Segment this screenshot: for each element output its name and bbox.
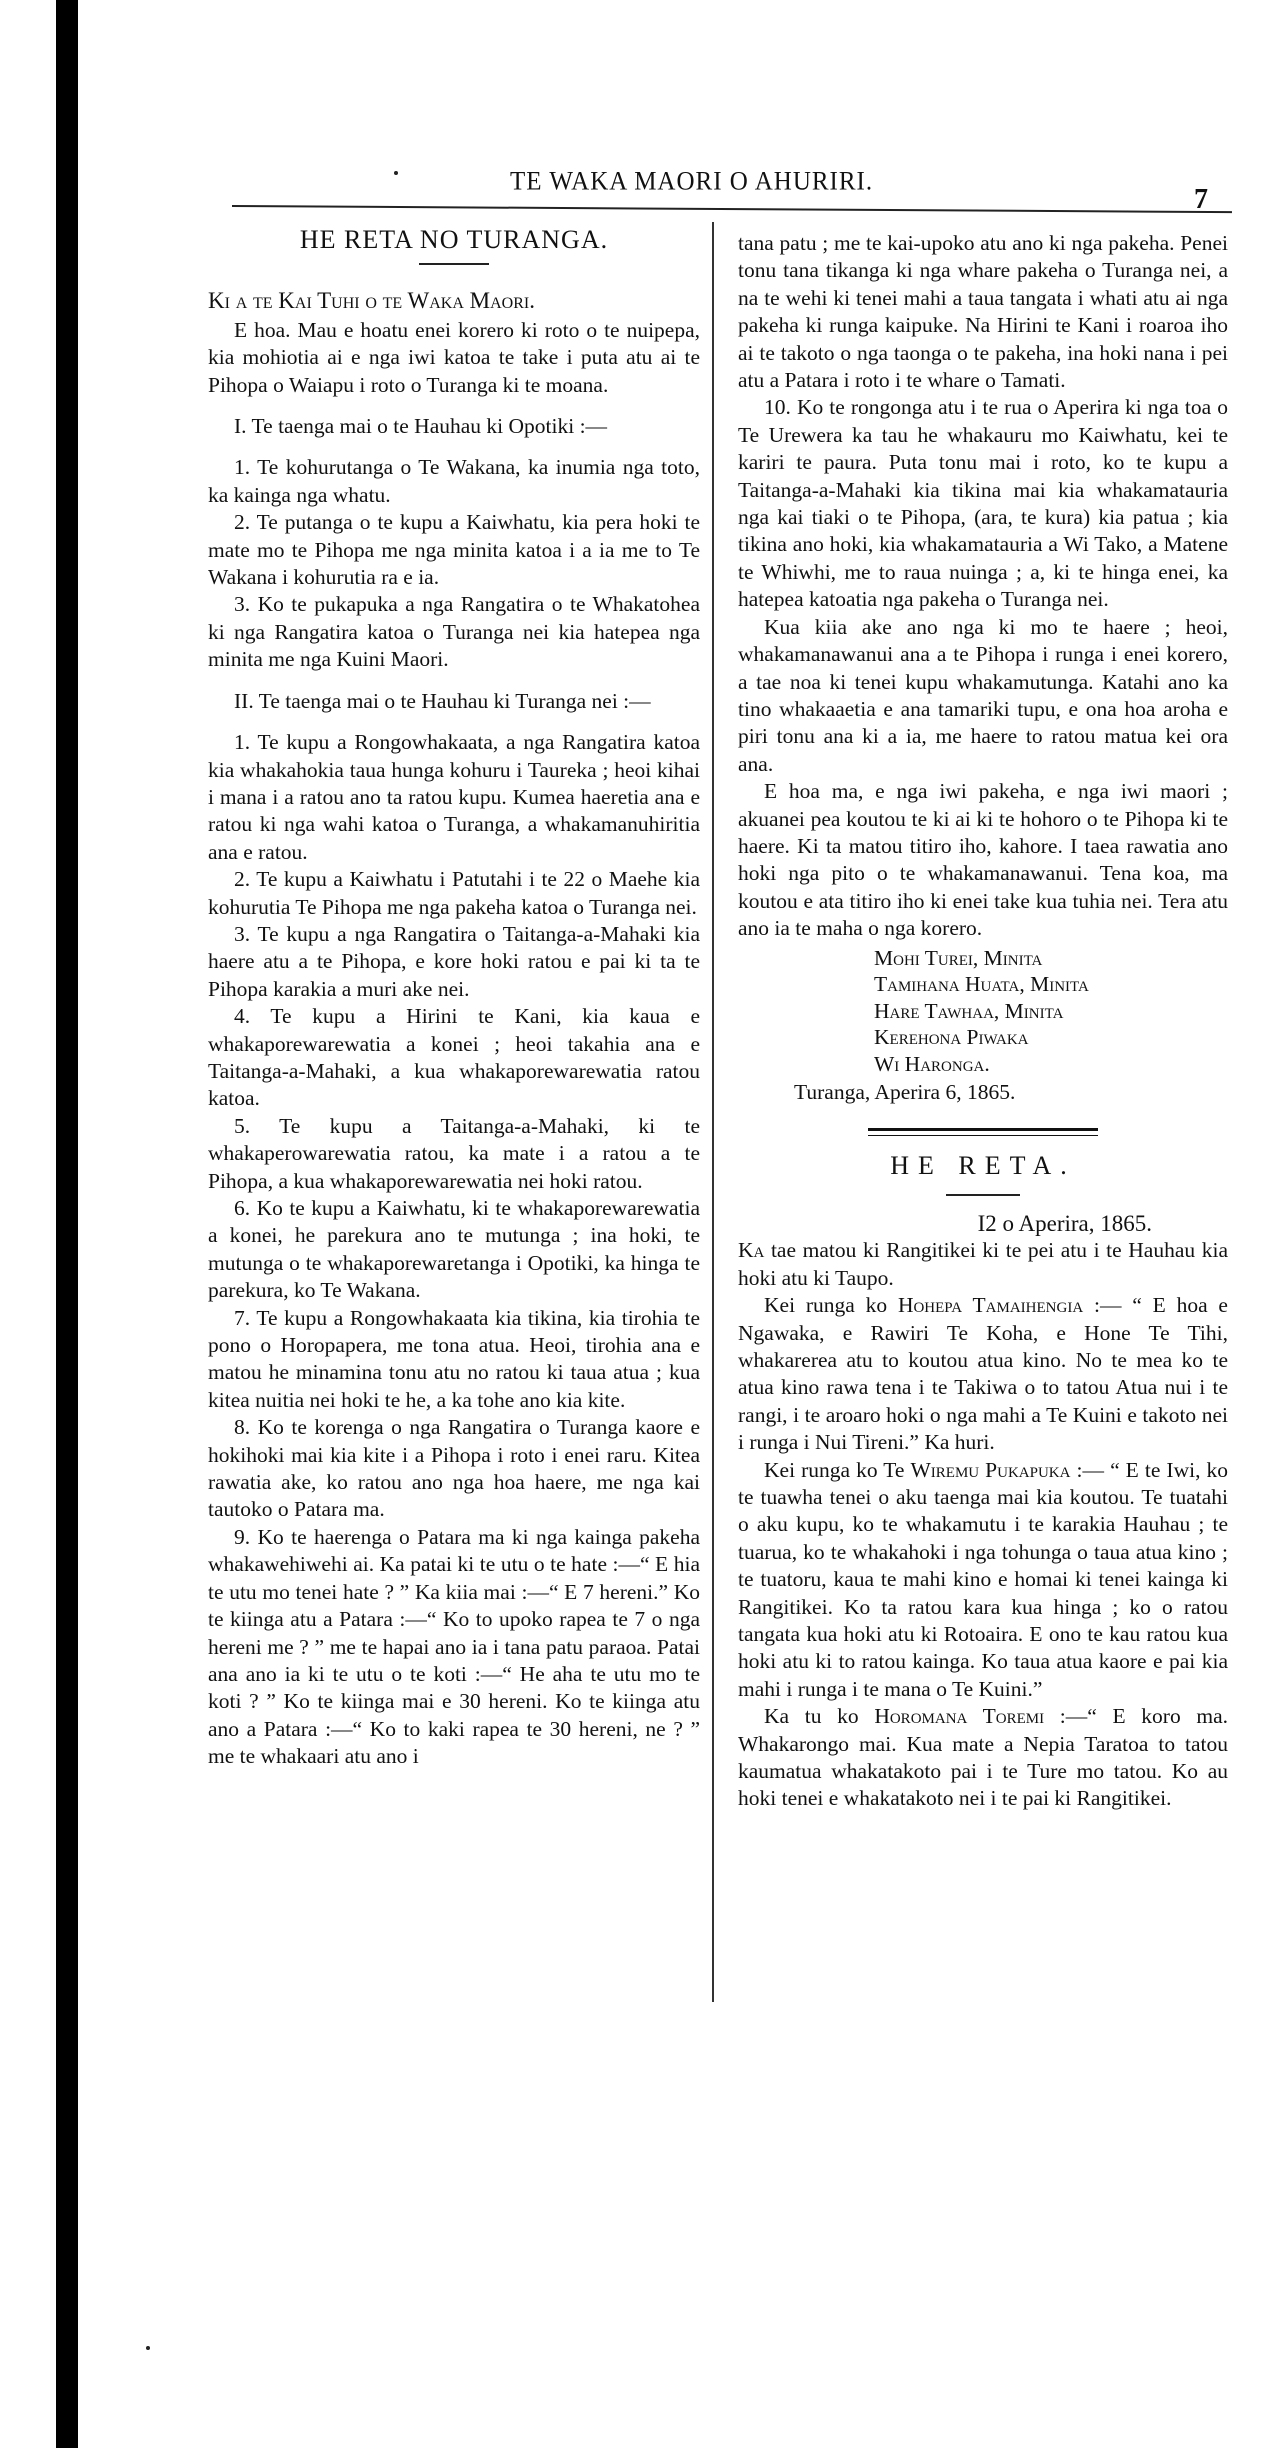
speech-paragraph: Kei runga ko Te Wiremu Pukapuka :— “ E t…	[738, 1457, 1228, 1704]
list-item: 7. Te kupu a Rongowhakaata kia tikina, k…	[208, 1305, 700, 1415]
right-column: tana patu ; me te kai-upoko atu ano ki n…	[738, 230, 1228, 1813]
dateline: Turanga, Aperira 6, 1865.	[738, 1079, 1228, 1106]
header-rule	[232, 205, 1232, 213]
lead-text: tae matou ki Rangitikei ki te pei atu i …	[738, 1238, 1228, 1289]
print-speck	[146, 2346, 150, 2350]
page-binding-edge	[56, 0, 78, 2448]
salutation: Ki a te Kai Tuhi o te Waka Maori.	[208, 287, 700, 314]
title-rule	[419, 263, 489, 265]
intro-paragraph: E hoa. Mau e hoatu enei korero ki roto o…	[208, 317, 700, 399]
signatory: Mohi Turei, Minita	[874, 945, 1228, 972]
list-item: 1. Te kohurutanga o Te Wakana, ka inumia…	[208, 454, 700, 509]
section-heading-2: II. Te taenga mai o te Hauhau ki Turanga…	[208, 688, 700, 715]
signatory: Kerehona Piwaka	[874, 1024, 1228, 1051]
list-item: 5. Te kupu a Taitanga-a-Mahaki, ki te wh…	[208, 1113, 700, 1195]
lead-smallcaps: Ka	[738, 1238, 764, 1262]
speech-paragraph: Ka tu ko Horomana Toremi :—“ E koro ma. …	[738, 1703, 1228, 1813]
left-column: HE RETA NO TURANGA. Ki a te Kai Tuhi o t…	[208, 226, 700, 1771]
list-item: 3. Ko te pukapuka a nga Rangatira o te W…	[208, 591, 700, 673]
print-speck	[394, 171, 398, 175]
speech-text: :— “ E hoa e Ngawaka, e Rawiri Te Koha, …	[738, 1293, 1228, 1454]
speaker-name: Horomana Toremi	[874, 1704, 1044, 1728]
closing-paragraph: E hoa ma, e nga iwi pakeha, e nga iwi ma…	[738, 778, 1228, 942]
speech-intro: Ka tu ko	[764, 1704, 874, 1728]
section-heading-1: I. Te taenga mai o te Hauhau ki Opotiki …	[208, 413, 700, 440]
speech-paragraph: Kei runga ko Hohepa Tamaihengia :— “ E h…	[738, 1292, 1228, 1456]
speech-intro: Kei runga ko	[764, 1293, 898, 1317]
title-rule-2	[946, 1194, 1020, 1196]
speaker-name: Hohepa Tamaihengia	[898, 1293, 1083, 1317]
list-item: 1. Te kupu a Rongowhakaata, a nga Rangat…	[208, 729, 700, 866]
list-item: 2. Te kupu a Kaiwhatu i Patutahi i te 22…	[208, 866, 700, 921]
list-item: 8. Ko te korenga o nga Rangatira o Turan…	[208, 1414, 700, 1524]
speech-intro: Kei runga ko Te	[764, 1458, 911, 1482]
closing-paragraph: Kua kiia ake ano nga ki mo te haere ; he…	[738, 614, 1228, 778]
running-head: TE WAKA MAORI O AHURIRI.	[510, 167, 873, 196]
list-item: 6. Ko te kupu a Kaiwhatu, ki te whakapor…	[208, 1195, 700, 1305]
list-item: 4. Te kupu a Hirini te Kani, kia kaua e …	[208, 1003, 700, 1113]
signatory: Wi Haronga.	[874, 1051, 1228, 1078]
column-divider	[712, 222, 715, 2002]
article-title: HE RETA NO TURANGA.	[208, 226, 700, 253]
signature-block: Mohi Turei, Minita Tamihana Huata, Minit…	[874, 945, 1228, 1078]
signatory: Tamihana Huata, Minita	[874, 971, 1228, 998]
list-item: 9. Ko te haerenga o Patara ma ki nga kai…	[208, 1524, 700, 1771]
list-item: 10. Ko te rongonga atu i te rua o Aperir…	[738, 394, 1228, 613]
signatory: Hare Tawhaa, Minita	[874, 998, 1228, 1025]
article-title-2: HE RETA.	[738, 1152, 1228, 1179]
lead-paragraph: Ka tae matou ki Rangitikei ki te pei atu…	[738, 1237, 1228, 1292]
speech-text: :— “ E te Iwi, ko te tuawha tenei o aku …	[738, 1458, 1228, 1701]
article-separator	[868, 1128, 1098, 1136]
list-item-continued: tana patu ; me te kai-upoko atu ano ki n…	[738, 230, 1228, 394]
list-item: 3. Te kupu a nga Rangatira o Taitanga-a-…	[208, 921, 700, 1003]
speaker-name: Wiremu Pukapuka	[911, 1458, 1071, 1482]
article-date: I2 o Aperira, 1865.	[738, 1210, 1228, 1237]
list-item: 2. Te putanga o te kupu a Kaiwhatu, kia …	[208, 509, 700, 591]
